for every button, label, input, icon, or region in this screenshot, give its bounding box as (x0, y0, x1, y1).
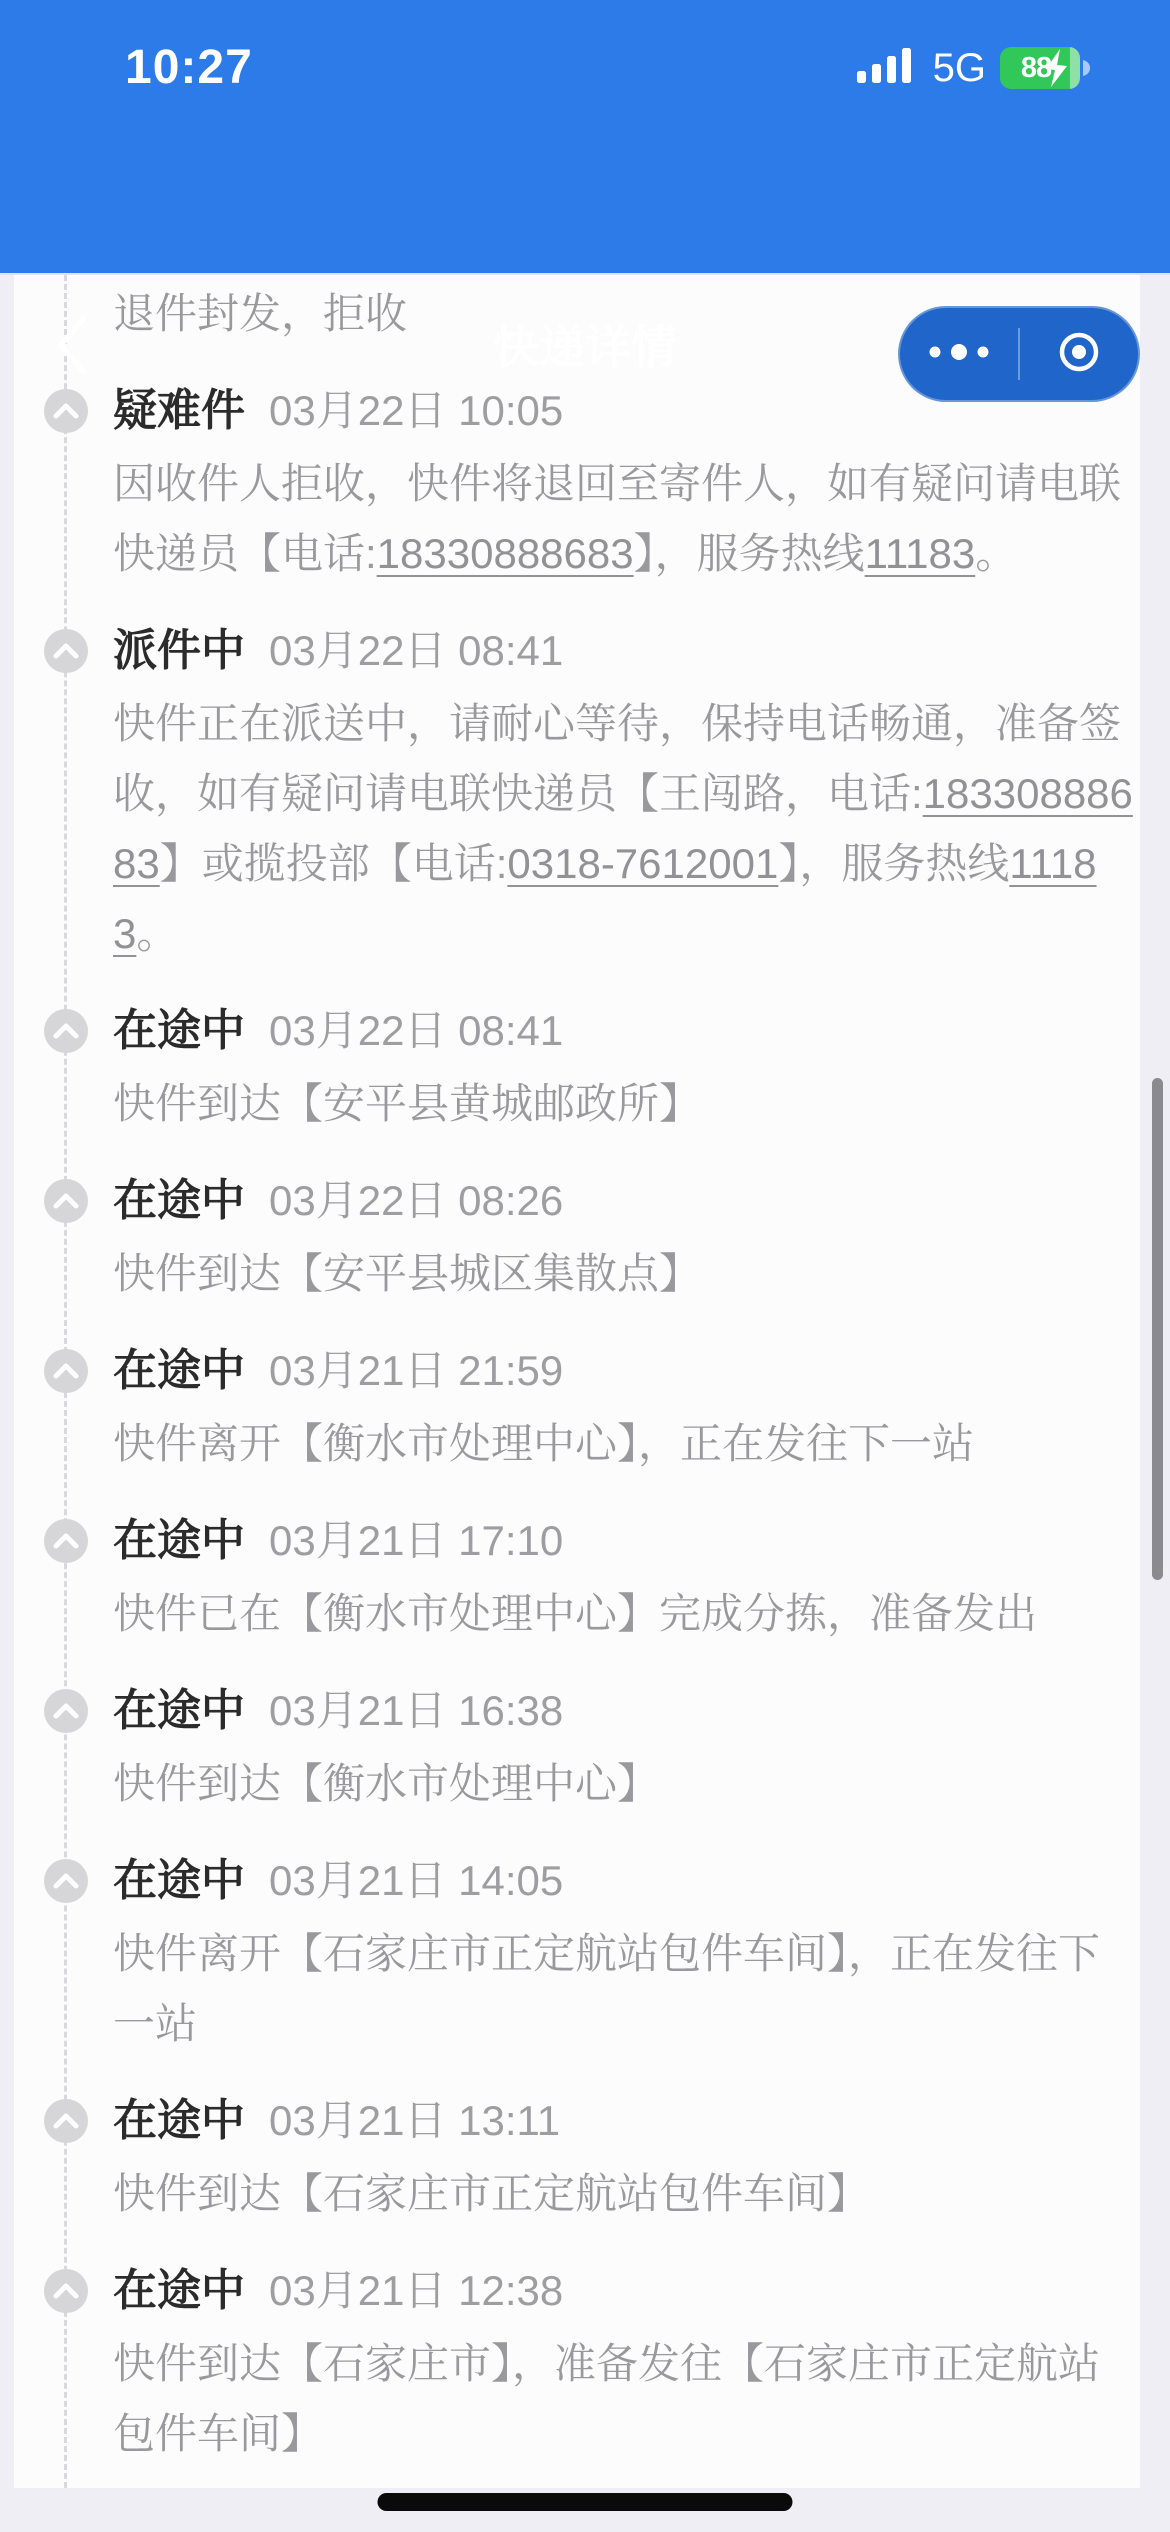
timeline-event: 派件中 03月22日 08:41 快件正在派送中，请耐心等待，保持电话畅通，准备… (113, 623, 1140, 969)
phone-link[interactable]: 0318-7612001 (507, 840, 778, 887)
more-button[interactable] (900, 308, 1018, 400)
tracking-card: 退件封发，拒收 疑难件 03月22日 10:05 因收件人拒收，快件将退回至寄件… (14, 275, 1140, 2488)
timeline: 退件封发，拒收 疑难件 03月22日 10:05 因收件人拒收，快件将退回至寄件… (14, 275, 1140, 2488)
event-header: 在途中 03月22日 08:26 (113, 1173, 1140, 1229)
event-status: 在途中 (113, 2263, 245, 2319)
network-label: 5G (933, 44, 986, 92)
event-datetime: 03月21日 12:38 (269, 2263, 563, 2319)
timeline-event: 在途中 03月21日 12:38 快件到达【石家庄市】，准备发往【石家庄市正定航… (113, 2263, 1140, 2469)
event-description: 因收件人拒收，快件将退回至寄件人，如有疑问请电联快递员【电话:183308886… (113, 449, 1139, 589)
chevron-up-node-icon (44, 1689, 88, 1733)
status-bar: 10:27 5G (0, 0, 1170, 140)
description-text: 快件到达【衡水市处理中心】 (113, 1760, 659, 1807)
chevron-up-node-icon (44, 1519, 88, 1563)
description-text: 退件封发，拒收 (113, 290, 407, 337)
event-description: 快件到达【石家庄市正定航站包件车间】 (113, 2159, 1139, 2229)
timeline-event: 在途中 03月22日 08:41 快件到达【安平县黄城邮政所】 (113, 1003, 1140, 1139)
event-header: 在途中 03月22日 08:41 (113, 1003, 1140, 1059)
event-status: 在途中 (113, 1173, 245, 1229)
event-header: 在途中 03月21日 12:38 (113, 2263, 1140, 2319)
event-status: 在途中 (113, 1003, 245, 1059)
header: 10:27 5G (0, 0, 1170, 273)
event-header: 在途中 03月21日 16:38 (113, 1683, 1140, 1739)
event-datetime: 03月21日 13:11 (269, 2093, 560, 2149)
footer (0, 2488, 1170, 2532)
page-title: 快递详情 (493, 318, 677, 376)
capsule-home-button[interactable] (1020, 308, 1138, 400)
back-chevron-icon (52, 312, 92, 383)
description-text: 快件到达【安平县黄城邮政所】 (113, 1080, 701, 1127)
chevron-up-node-icon (44, 629, 88, 673)
event-status: 在途中 (113, 2093, 245, 2149)
event-header: 在途中 03月21日 13:11 (113, 2093, 1140, 2149)
description-text: 快件离开【衡水市处理中心】，正在发往下一站 (113, 1420, 974, 1467)
battery-percent: 88 (1000, 47, 1072, 89)
description-text: 快件到达【石家庄市正定航站包件车间】 (113, 2170, 869, 2217)
description-text: 快件已在【衡水市处理中心】完成分拣，准备发出 (113, 1590, 1037, 1637)
description-text: 。 (975, 530, 1017, 577)
event-datetime: 03月21日 14:05 (269, 1853, 563, 1909)
timeline-event: 在途中 03月21日 16:38 快件到达【衡水市处理中心】 (113, 1683, 1140, 1819)
status-icons: 5G 88 (857, 44, 1094, 92)
event-datetime: 03月22日 10:05 (269, 383, 563, 439)
scrollbar-thumb[interactable] (1152, 1078, 1163, 1580)
event-datetime: 03月21日 21:59 (269, 1343, 563, 1399)
event-status: 派件中 (113, 623, 245, 679)
event-description: 快件到达【石家庄市】，准备发往【石家庄市正定航站包件车间】 (113, 2329, 1139, 2469)
tracking-scroll-area[interactable]: 退件封发，拒收 疑难件 03月22日 10:05 因收件人拒收，快件将退回至寄件… (0, 273, 1170, 2488)
event-datetime: 03月22日 08:41 (269, 623, 563, 679)
chevron-up-node-icon (44, 389, 88, 433)
event-description: 快件正在派送中，请耐心等待，保持电话畅通，准备签收，如有疑问请电联快递员【王闯路… (113, 689, 1139, 969)
phone-link[interactable]: 18330888683 (377, 530, 634, 577)
back-button[interactable] (52, 312, 100, 382)
timeline-event: 在途中 03月22日 08:26 快件到达【安平县城区集散点】 (113, 1173, 1140, 1309)
event-description: 快件离开【衡水市处理中心】，正在发往下一站 (113, 1409, 1139, 1479)
event-header: 在途中 03月21日 21:59 (113, 1343, 1140, 1399)
event-header: 在途中 03月21日 14:05 (113, 1853, 1140, 1909)
event-description: 快件离开【石家庄市正定航站包件车间】，正在发往下一站 (113, 1919, 1139, 2059)
description-text: 】或揽投部【电话: (160, 840, 508, 887)
ellipsis-icon (926, 340, 992, 369)
timeline-event: 在途中 03月21日 21:59 快件离开【衡水市处理中心】，正在发往下一站 (113, 1343, 1140, 1479)
chevron-up-node-icon (44, 1009, 88, 1053)
event-datetime: 03月21日 16:38 (269, 1683, 563, 1739)
nav-bar: 快递详情 (0, 140, 1170, 273)
timeline-event: 在途中 03月21日 17:10 快件已在【衡水市处理中心】完成分拣，准备发出 (113, 1513, 1140, 1649)
event-status: 在途中 (113, 1513, 245, 1569)
timeline-event: 在途中 03月21日 14:05 快件离开【石家庄市正定航站包件车间】，正在发往… (113, 1853, 1140, 2059)
description-text: 快件到达【安平县城区集散点】 (113, 1250, 701, 1297)
chevron-up-node-icon (44, 1179, 88, 1223)
event-status: 疑难件 (113, 383, 245, 439)
event-description: 快件到达【安平县城区集散点】 (113, 1239, 1139, 1309)
description-text: 】，服务热线 (634, 530, 865, 577)
description-text: 】，服务热线 (778, 840, 1009, 887)
battery-icon: 88 (1000, 47, 1094, 89)
event-status: 在途中 (113, 1343, 245, 1399)
chevron-up-node-icon (44, 2269, 88, 2313)
event-header: 在途中 03月21日 17:10 (113, 1513, 1140, 1569)
phone-frame: 10:27 5G (0, 0, 1170, 2532)
description-text: 。 (136, 910, 178, 957)
event-status: 在途中 (113, 1683, 245, 1739)
event-datetime: 03月22日 08:26 (269, 1173, 563, 1229)
event-description: 快件到达【安平县黄城邮政所】 (113, 1069, 1139, 1139)
record-icon (1057, 330, 1101, 379)
capsule-menu (898, 306, 1140, 402)
signal-icon (857, 45, 919, 92)
event-datetime: 03月22日 08:41 (269, 1003, 563, 1059)
description-text: 快件离开【石家庄市正定航站包件车间】，正在发往下一站 (113, 1930, 1100, 2047)
event-status: 在途中 (113, 1853, 245, 1909)
chevron-up-node-icon (44, 1349, 88, 1393)
event-description: 快件到达【衡水市处理中心】 (113, 1749, 1139, 1819)
phone-link[interactable]: 11183 (865, 530, 976, 577)
description-text: 快件到达【石家庄市】，准备发往【石家庄市正定航站包件车间】 (113, 2340, 1100, 2457)
event-datetime: 03月21日 17:10 (269, 1513, 563, 1569)
status-time: 10:27 (125, 42, 253, 94)
timeline-event: 疑难件 03月22日 10:05 因收件人拒收，快件将退回至寄件人，如有疑问请电… (113, 383, 1140, 589)
chevron-up-node-icon (44, 2099, 88, 2143)
home-indicator (378, 2493, 793, 2511)
chevron-up-node-icon (44, 1859, 88, 1903)
event-header: 派件中 03月22日 08:41 (113, 623, 1140, 679)
timeline-event: 在途中 03月21日 13:11 快件到达【石家庄市正定航站包件车间】 (113, 2093, 1140, 2229)
event-description: 快件已在【衡水市处理中心】完成分拣，准备发出 (113, 1579, 1139, 1649)
